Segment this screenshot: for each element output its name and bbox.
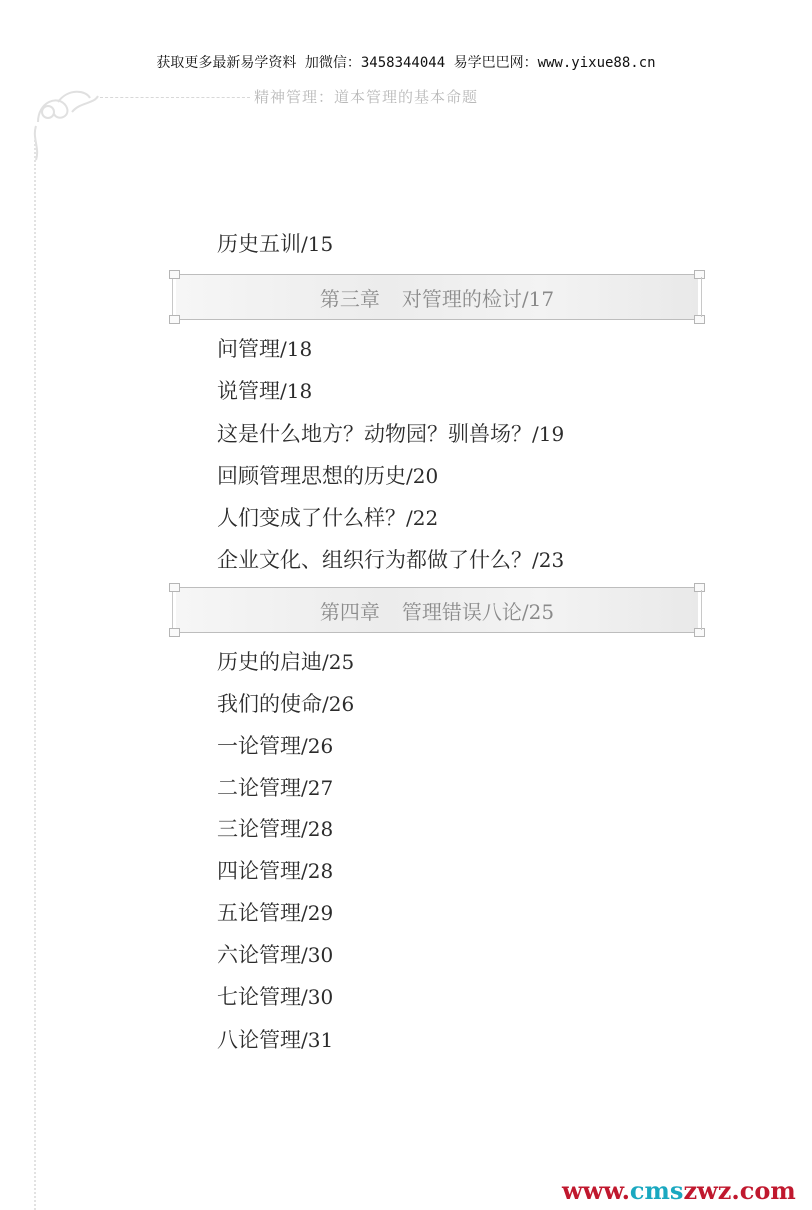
watermark-suffix: zwz.com	[683, 1176, 795, 1205]
watermark-mid: cms	[630, 1176, 684, 1205]
watermark-top: 获取更多最新易学资料 加微信：3458344044 易学巴巴网：www.yixu…	[0, 52, 812, 72]
left-page-border	[34, 140, 36, 1210]
banner-corner-icon	[169, 583, 180, 592]
toc-item-page: /29	[301, 901, 333, 925]
toc-item[interactable]: 企业文化、组织行为都做了什么？/23	[217, 546, 564, 574]
toc-item[interactable]: 三论管理/28	[217, 815, 333, 843]
toc-item[interactable]: 说管理/18	[217, 377, 312, 405]
toc-item-page: /25	[322, 650, 354, 674]
toc-item[interactable]: 回顾管理思想的历史/20	[217, 462, 438, 490]
toc-item[interactable]: 问管理/18	[217, 335, 312, 363]
chapter-heading: 第三章对管理的检讨/17	[176, 283, 698, 312]
toc-item-title: 历史五训	[217, 232, 301, 256]
banner-corner-icon	[169, 270, 180, 279]
toc-item-page: /28	[301, 859, 333, 883]
toc-item-page: /28	[301, 817, 333, 841]
toc-item-page: /20	[406, 464, 438, 488]
toc-item-page: /22	[406, 506, 438, 530]
toc-item-title: 五论管理	[217, 901, 301, 925]
banner-corner-icon	[694, 270, 705, 279]
toc-item-title: 历史的启迪	[217, 650, 322, 674]
toc-item[interactable]: 这是什么地方？动物园？驯兽场？/19	[217, 420, 564, 448]
watermark-prefix: www.	[562, 1176, 630, 1205]
toc-item-page: /15	[301, 232, 333, 256]
toc-item-title: 三论管理	[217, 817, 301, 841]
toc-item-title: 八论管理	[217, 1028, 301, 1052]
toc-item[interactable]: 人们变成了什么样？/22	[217, 504, 438, 532]
toc-item-title: 说管理	[217, 379, 280, 403]
toc-item[interactable]: 七论管理/30	[217, 983, 333, 1011]
banner-corner-icon	[169, 628, 180, 637]
banner-corner-icon	[169, 315, 180, 324]
toc-item-page: /26	[322, 692, 354, 716]
toc-item-title: 一论管理	[217, 734, 301, 758]
chapter-number: 第三章	[320, 287, 380, 311]
toc-item-title: 我们的使命	[217, 692, 322, 716]
floral-ornament-icon	[28, 82, 108, 162]
toc-item-page: /26	[301, 734, 333, 758]
header-rule	[100, 97, 250, 98]
toc-item-title: 问管理	[217, 337, 280, 361]
toc-item-title: 四论管理	[217, 859, 301, 883]
banner-corner-icon	[694, 628, 705, 637]
toc-item-title: 六论管理	[217, 943, 301, 967]
toc-item-page: /19	[532, 422, 564, 446]
toc-item-page: /27	[301, 776, 333, 800]
toc-item[interactable]: 六论管理/30	[217, 941, 333, 969]
chapter-banner-3[interactable]: 第三章对管理的检讨/17	[176, 274, 698, 320]
banner-corner-icon	[694, 583, 705, 592]
chapter-title: 对管理的检讨	[402, 287, 522, 311]
toc-item-title: 七论管理	[217, 985, 301, 1009]
toc-item-page: /23	[532, 548, 564, 572]
toc-item[interactable]: 五论管理/29	[217, 899, 333, 927]
toc-item-title: 企业文化、组织行为都做了什么？	[217, 548, 532, 572]
toc-item[interactable]: 四论管理/28	[217, 857, 333, 885]
toc-item[interactable]: 二论管理/27	[217, 774, 333, 802]
chapter-banner-4[interactable]: 第四章管理错误八论/25	[176, 587, 698, 633]
chapter-number: 第四章	[320, 600, 380, 624]
toc-item-title: 人们变成了什么样？	[217, 506, 406, 530]
toc-item-title: 二论管理	[217, 776, 301, 800]
banner-corner-icon	[694, 315, 705, 324]
toc-item[interactable]: 一论管理/26	[217, 732, 333, 760]
toc-item-title: 这是什么地方？动物园？驯兽场？	[217, 422, 532, 446]
toc-item-title: 回顾管理思想的历史	[217, 464, 406, 488]
watermark-bottom: www.cmszwz.com	[562, 1176, 796, 1205]
toc-item-page: /18	[280, 337, 312, 361]
toc-item[interactable]: 八论管理/31	[217, 1026, 333, 1054]
chapter-heading: 第四章管理错误八论/25	[176, 596, 698, 625]
chapter-page: /17	[522, 287, 554, 311]
toc-item[interactable]: 历史的启迪/25	[217, 648, 354, 676]
running-header: 精神管理：道本管理的基本命题	[254, 86, 478, 107]
toc-item-page: /18	[280, 379, 312, 403]
toc-item[interactable]: 历史五训/15	[217, 230, 333, 258]
toc-item-page: /31	[301, 1028, 333, 1052]
toc-item-page: /30	[301, 985, 333, 1009]
chapter-title: 管理错误八论	[402, 600, 522, 624]
chapter-page: /25	[522, 600, 554, 624]
toc-item-page: /30	[301, 943, 333, 967]
toc-item[interactable]: 我们的使命/26	[217, 690, 354, 718]
